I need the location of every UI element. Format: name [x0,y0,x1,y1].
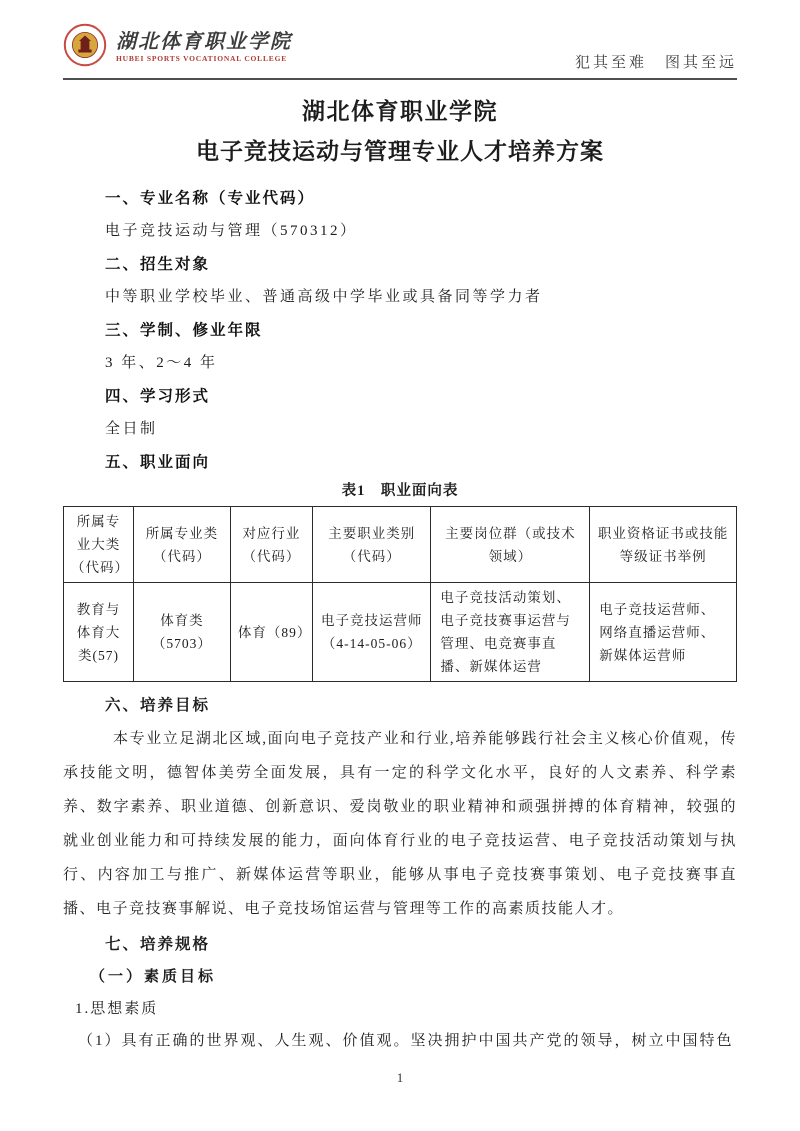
college-motto: 犯其至难 图其至远 [575,51,737,73]
section-4-heading: 四、学习形式 [63,380,737,413]
document-title: 湖北体育职业学院 电子竞技运动与管理专业人才培养方案 [63,93,737,173]
college-name-zh: 湖北体育职业学院 [116,32,292,53]
col-header-occupation: 主要职业类别（代码） [312,507,430,583]
college-names: 湖北体育职业学院 HUBEI SPORTS VOCATIONAL COLLEGE [116,32,292,63]
col-header-major-class: 所属专业类（代码） [133,507,230,583]
college-brand: 湖北体育职业学院 HUBEI SPORTS VOCATIONAL COLLEGE [63,22,292,73]
cell-major-class: 体育类（5703） [133,583,230,682]
section-3-heading: 三、学制、修业年限 [63,314,737,347]
table-header-row: 所属专业大类（代码） 所属专业类（代码） 对应行业（代码） 主要职业类别（代码）… [64,507,737,583]
career-orientation-table: 所属专业大类（代码） 所属专业类（代码） 对应行业（代码） 主要职业类别（代码）… [63,506,737,682]
title-line-1: 湖北体育职业学院 [63,93,737,131]
section-6-heading: 六、培养目标 [63,689,737,722]
col-header-post-group: 主要岗位群（或技术领域） [431,507,590,583]
page-header: 湖北体育职业学院 HUBEI SPORTS VOCATIONAL COLLEGE… [63,24,737,80]
section-4-body: 全日制 [63,413,737,446]
cell-certificates: 电子竞技运营师、网络直播运营师、新媒体运营师 [590,583,737,682]
section-2-heading: 二、招生对象 [63,248,737,281]
cell-post-group: 电子竞技活动策划、电子竞技赛事运营与管理、电竞赛事直播、新媒体运营 [431,583,590,682]
sections-list: 一、专业名称（专业代码） 电子竞技运动与管理（570312） 二、招生对象 中等… [63,182,737,479]
col-header-certificates: 职业资格证书或技能等级证书举例 [590,507,737,583]
ideology-item-title: 1.思想素质 [63,993,737,1025]
college-seal-icon [63,22,107,73]
section-3-body: 3 年、2～4 年 [63,347,737,380]
ideology-item-text: （1）具有正确的世界观、人生观、价值观。坚决拥护中国共产党的领导，树立中国特色 [63,1025,737,1058]
document-page: 湖北体育职业学院 HUBEI SPORTS VOCATIONAL COLLEGE… [0,0,800,1131]
college-name-en: HUBEI SPORTS VOCATIONAL COLLEGE [116,55,292,63]
section-1-body: 电子竞技运动与管理（570312） [63,215,737,248]
col-header-major-category: 所属专业大类（代码） [64,507,134,583]
quality-goal-subheading: （一）素质目标 [63,961,737,993]
section-5-heading: 五、职业面向 [63,446,737,479]
section-1-heading: 一、专业名称（专业代码） [63,182,737,215]
title-line-2: 电子竞技运动与管理专业人才培养方案 [63,131,737,173]
col-header-industry: 对应行业（代码） [230,507,312,583]
cell-industry: 体育（89） [230,583,312,682]
cell-major-category: 教育与体育大类(57) [64,583,134,682]
table-row: 教育与体育大类(57) 体育类（5703） 体育（89） 电子竞技运营师（4-1… [64,583,737,682]
section-2-body: 中等职业学校毕业、普通高级中学毕业或具备同等学力者 [63,281,737,314]
cell-occupation: 电子竞技运营师（4-14-05-06） [312,583,430,682]
page-number: 1 [63,1070,737,1086]
table-caption: 表1 职业面向表 [63,480,737,503]
training-objective-paragraph: 本专业立足湖北区域,面向电子竞技产业和行业,培养能够践行社会主义核心价值观，传承… [63,722,737,926]
section-7-heading: 七、培养规格 [63,928,737,961]
